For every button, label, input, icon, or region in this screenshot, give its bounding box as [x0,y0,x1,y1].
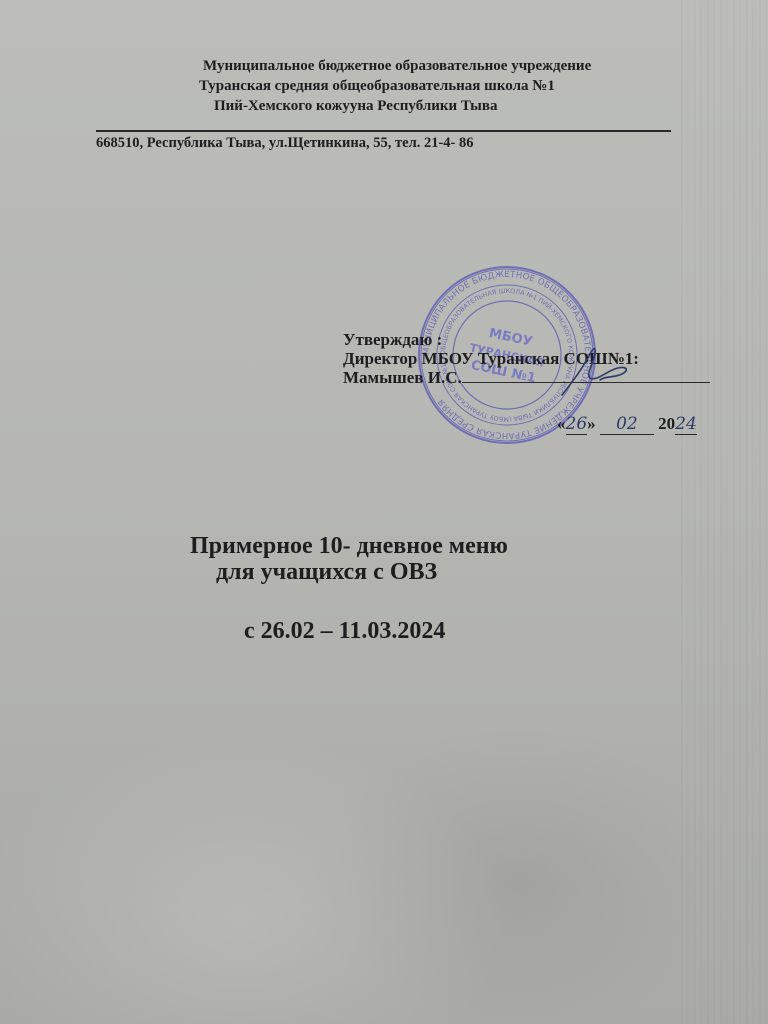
header-line-1: Муниципальное бюджетное образовательное … [203,56,591,76]
date-month: 02 [600,414,654,435]
date-day: 26 [566,414,588,435]
paper-shading [0,0,768,1024]
header-divider [96,130,671,132]
approval-name-row: Мамышев И.С. [343,368,710,387]
title-line-1: Примерное 10- дневное меню [190,533,508,559]
document-page: Муниципальное бюджетное образовательное … [0,0,768,1024]
date-year-prefix: 20 [658,414,675,433]
approval-block: Утверждаю : Директор МБОУ Туранская СОШ№… [343,330,710,387]
approval-position: Директор МБОУ Туранская СОШ№1: [343,349,710,368]
header-line-3: Пий-Хемского кожууна Республики Тыва [214,96,497,116]
title-line-2: для учащихся с ОВЗ [216,559,437,585]
date-open-quote: « [557,414,566,433]
approval-label: Утверждаю : [343,330,710,349]
approval-date: «26» 02 2024 [557,414,697,435]
address-line: 668510, Республика Тыва, ул.Щетинкина, 5… [96,135,474,152]
scanner-streaks [676,0,768,1024]
date-close-quote: » [587,414,596,433]
signature-line [462,368,710,383]
approval-name: Мамышев И.С. [343,368,462,387]
title-period: с 26.02 – 11.03.2024 [244,618,445,644]
date-year-suffix: 24 [675,414,697,435]
header-line-2: Туранская средняя общеобразовательная шк… [199,76,555,96]
